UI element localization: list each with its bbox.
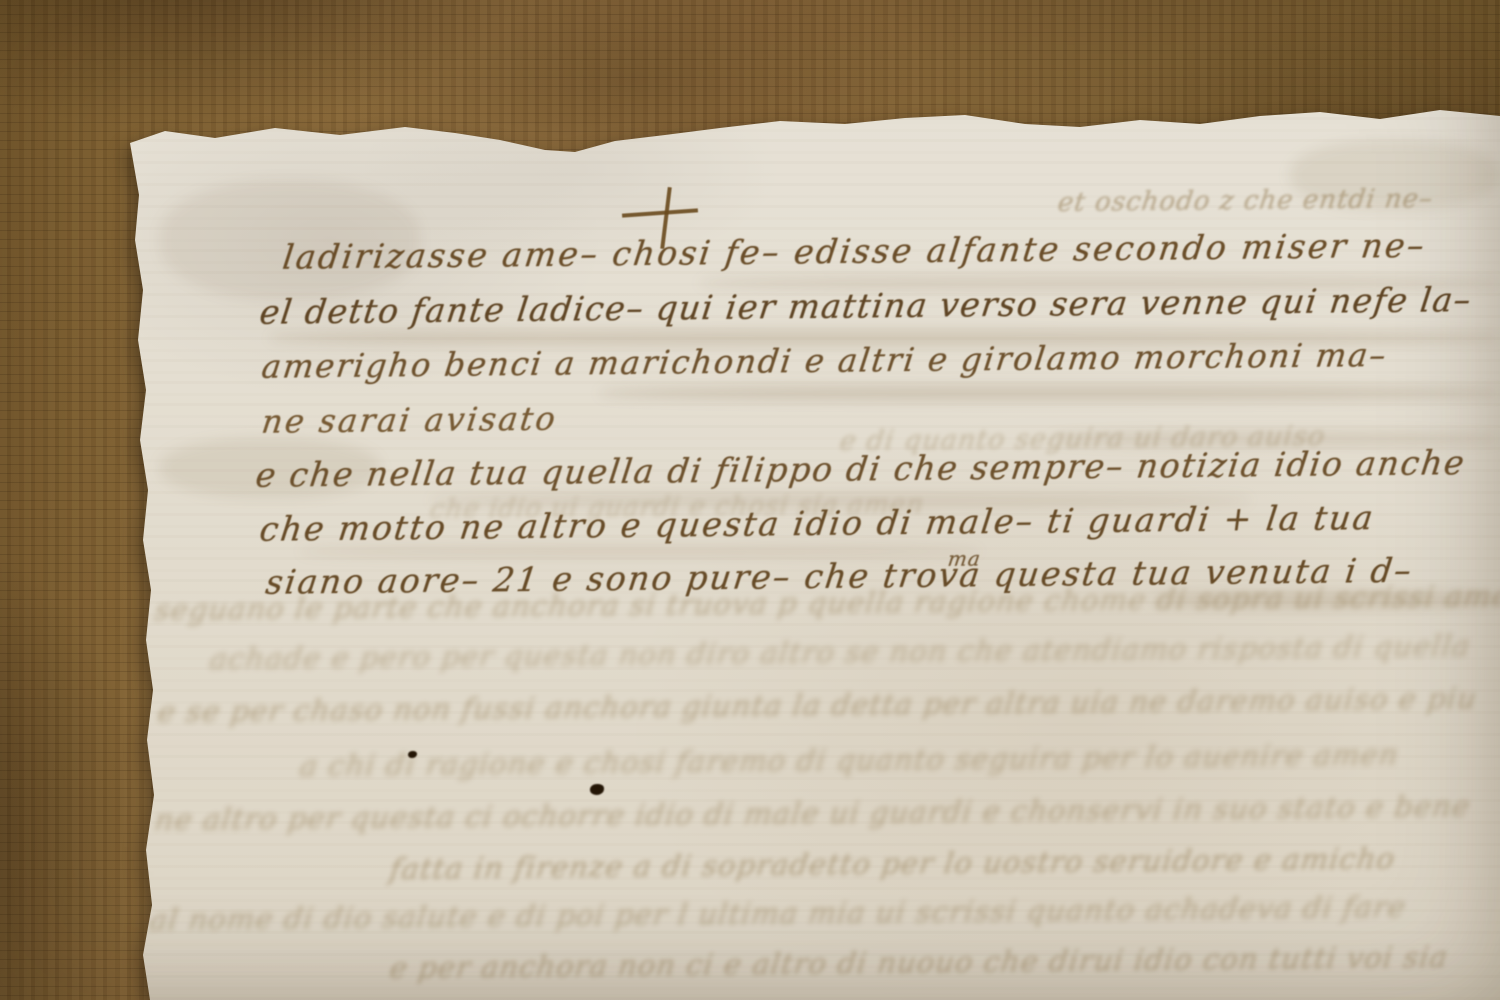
bleed-top-right: et oschodo z che entdi ne– (1056, 186, 1434, 216)
ink-spot-1 (590, 784, 604, 795)
manuscript-paper-shadow: + ladirizasse ame– chosi fe– edisse alfa… (0, 0, 1500, 1000)
bleed-row-7: al nome di dio salute e di poi per l ult… (148, 893, 1408, 935)
bleed-row-2: achade e pero per questa non diro altro … (208, 632, 1472, 674)
manuscript-paper: + ladirizasse ame– chosi fe– edisse alfa… (0, 0, 1500, 1000)
bleed-row-8: e per anchora non ci e altro di nuouo ch… (388, 943, 1450, 983)
photo-scene: + ladirizasse ame– chosi fe– edisse alfa… (0, 0, 1500, 1000)
recto-line-3: amerigho benci a marichondi e altri e gi… (260, 339, 1390, 383)
bleed-row-5: ne altro per questa ci ochorre idio di m… (153, 792, 1472, 835)
recto-line-1: ladirizasse ame– chosi fe– edisse alfant… (281, 229, 1429, 274)
recto-line-4: ne sarai avisato (260, 403, 560, 438)
ink-smudge-6 (300, 546, 980, 557)
bleed-row-4: a chi di ragione e chosi faremo di quant… (298, 741, 1400, 781)
bleed-mid-2: che idio ui guardi e chosi sia amen (428, 492, 925, 523)
ink-smudge-2 (600, 386, 1500, 400)
cross-mark-horizontal (622, 208, 698, 217)
recto-line-2: el detto fante ladice– qui ier mattina v… (258, 283, 1474, 329)
bleed-row-6: fatta in firenze a di sopradetto per lo … (388, 844, 1397, 884)
bleed-mid-1: e di quanto seguira ui daro auiso (838, 423, 1327, 455)
bleed-row-3: e se per chaso non fussi anchora giunta … (156, 684, 1479, 727)
